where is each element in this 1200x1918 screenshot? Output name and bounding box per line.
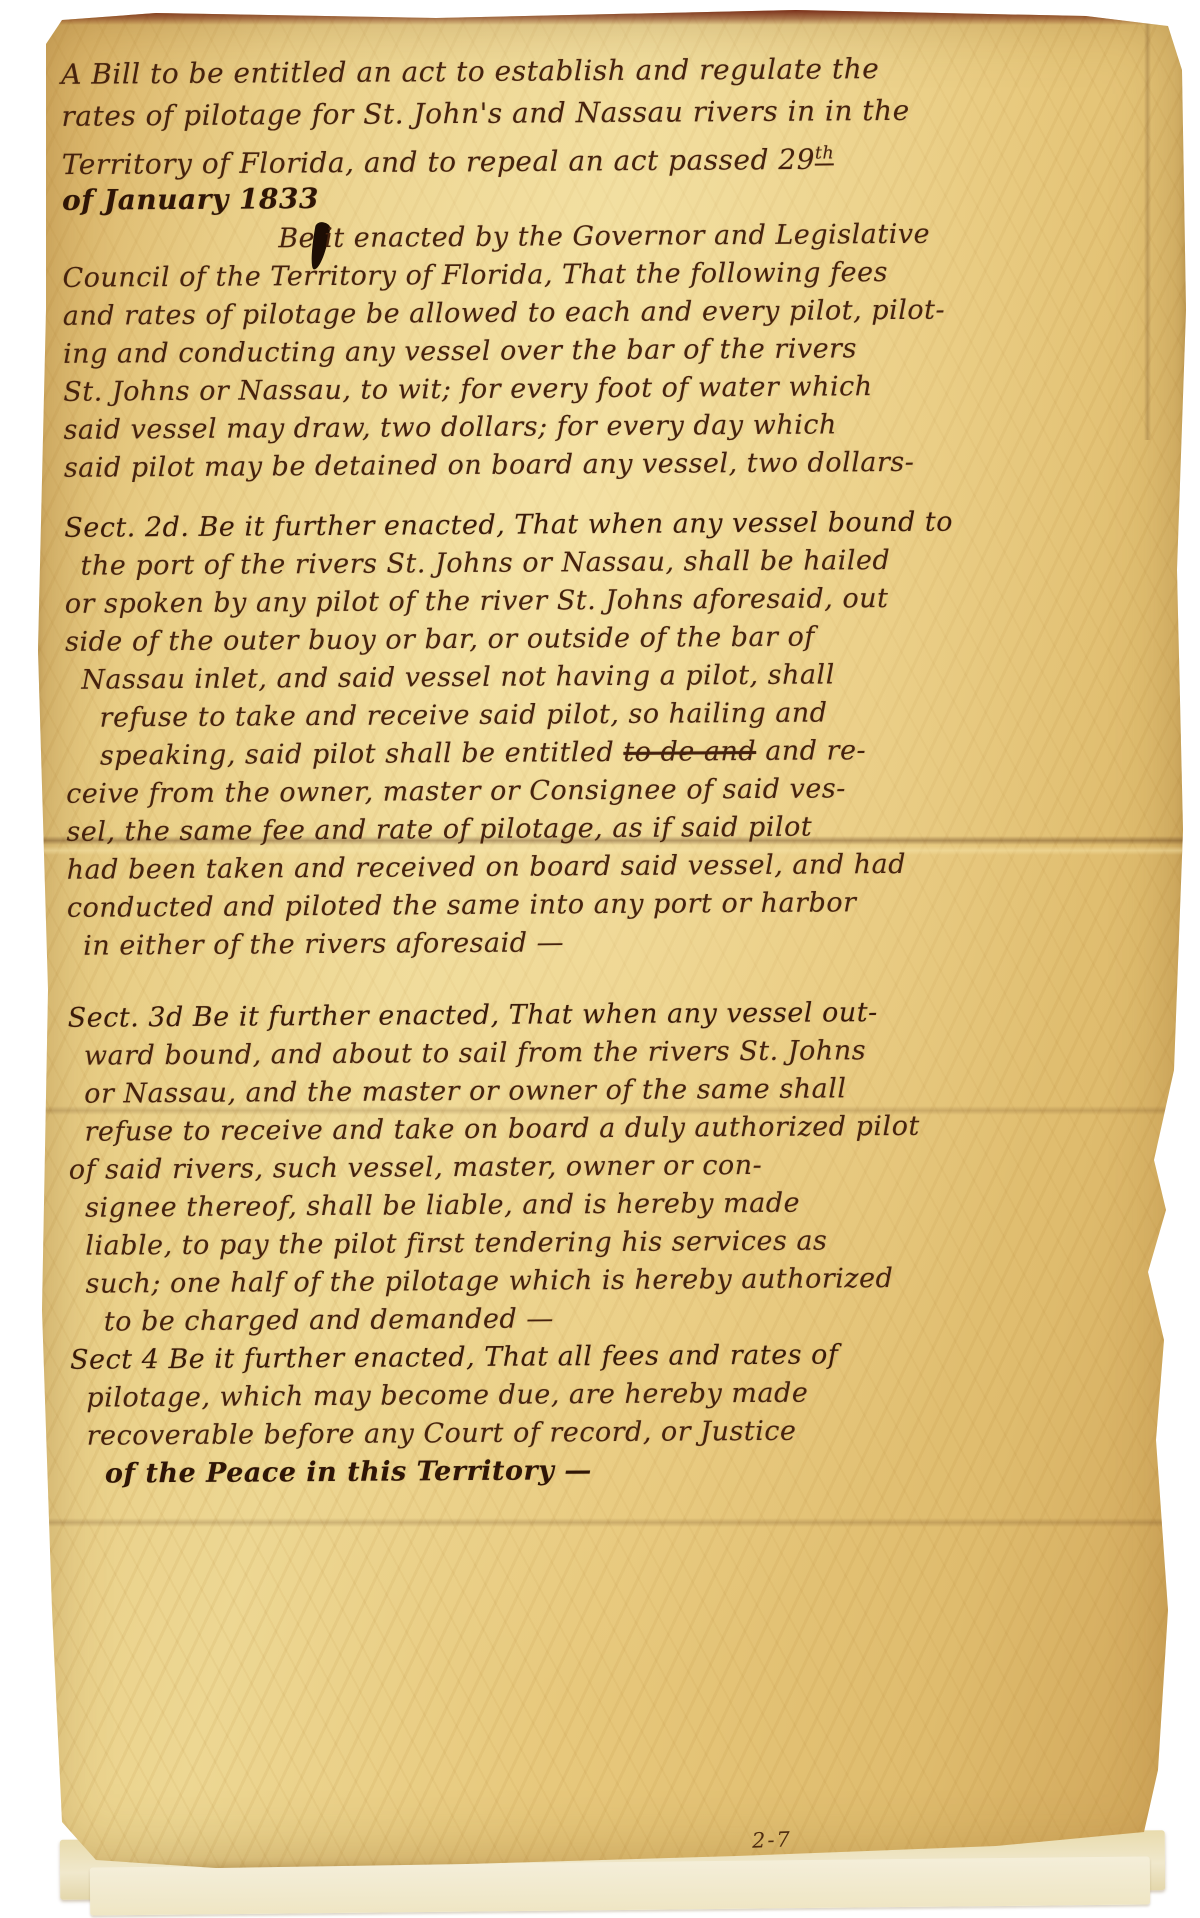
fold-crease (36, 1518, 1186, 1527)
title-date-text: Territory of Florida, and to repeal an a… (62, 143, 815, 181)
manuscript-page: A Bill to be entitled an act to establis… (36, 10, 1186, 1868)
strikethrough-text: to de and (623, 736, 756, 768)
title-block: A Bill to be entitled an act to establis… (61, 46, 1152, 222)
ordinal-superscript: th (815, 143, 834, 165)
section-4: Sect 4 Be it further enacted, That all f… (70, 1334, 1161, 1494)
section-2: Sect. 2d. Be it further enacted, That wh… (64, 502, 1157, 966)
paper-left-stain (36, 258, 42, 328)
paper-top-stain (50, 10, 1166, 25)
manuscript-text: A Bill to be entitled an act to establis… (61, 46, 1161, 1494)
scan-background: A Bill to be entitled an act to establis… (0, 0, 1200, 1918)
manuscript-line: in either of the rivers aforesaid — (67, 920, 1157, 966)
page-number-annotation: 2-7 (752, 1827, 793, 1852)
section-3: Sect. 3d Be it further enacted, That whe… (68, 992, 1160, 1342)
strike-line-pre: speaking, said pilot shall be entitled (100, 737, 624, 772)
strike-line-post: and re- (756, 735, 866, 767)
manuscript-line: said pilot may be detained on board any … (64, 442, 1154, 488)
manuscript-line: of the Peace in this Territory — (71, 1448, 1161, 1494)
section-1: Be it enacted by the Governor and Legisl… (62, 214, 1154, 488)
